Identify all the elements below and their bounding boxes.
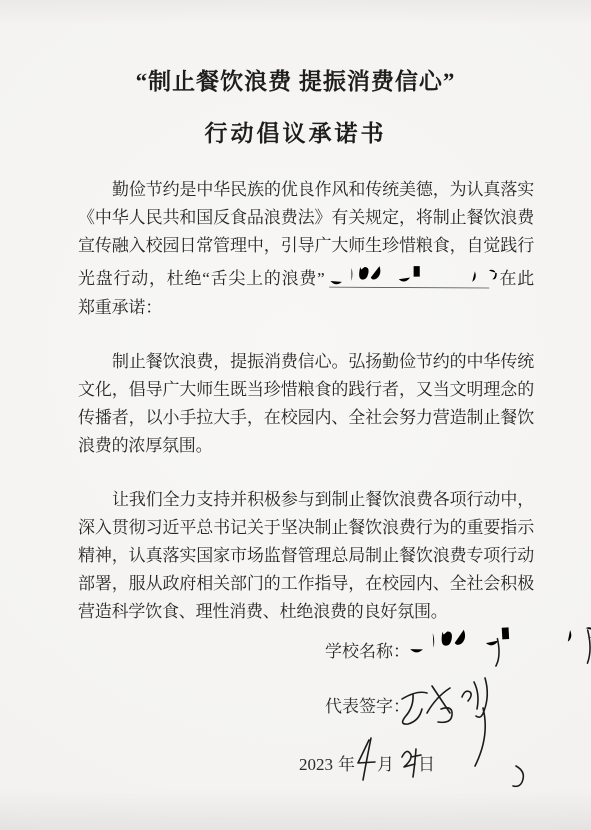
handwritten-day xyxy=(398,743,422,783)
stray-ink-mark xyxy=(511,763,531,789)
paragraph-2: 制止餐饮浪费，提振消费信心。弘扬勤俭节约的中华传统文化，倡导广大师生既当珍惜粮食… xyxy=(78,348,534,460)
handwritten-school-name-footer xyxy=(406,616,591,666)
date-year-unit: 年 xyxy=(338,755,355,774)
title-line-1: “制止餐饮浪费 提振消费信心” xyxy=(0,63,591,96)
date-month-unit: 月 xyxy=(377,755,394,774)
handwritten-school-name-inline xyxy=(327,260,495,294)
date-year: 2023 xyxy=(299,755,333,774)
date-line: 2023年月日 xyxy=(299,750,435,775)
title-line-2: 行动倡议承诺书 xyxy=(0,115,591,148)
signature-row: 代表签字： xyxy=(325,692,410,717)
document-page: “制止餐饮浪费 提振消费信心” 行动倡议承诺书 勤俭节约是中华民族的优良作风和传… xyxy=(0,0,591,830)
handwritten-month xyxy=(355,736,377,782)
school-name-label: 学校名称： xyxy=(325,642,410,661)
school-name-row: 学校名称： xyxy=(325,637,410,662)
document-body: 勤俭节约是中华民族的优良作风和传统美德，为认真落实《中华人民共和国反食品浪费法》… xyxy=(78,176,534,652)
paragraph-1: 勤俭节约是中华民族的优良作风和传统美德，为认真落实《中华人民共和国反食品浪费法》… xyxy=(78,176,534,322)
paragraph-3: 让我们全力支持并积极参与到制止餐饮浪费各项行动中，深入贯彻习近平总书记关于坚决制… xyxy=(78,486,534,626)
